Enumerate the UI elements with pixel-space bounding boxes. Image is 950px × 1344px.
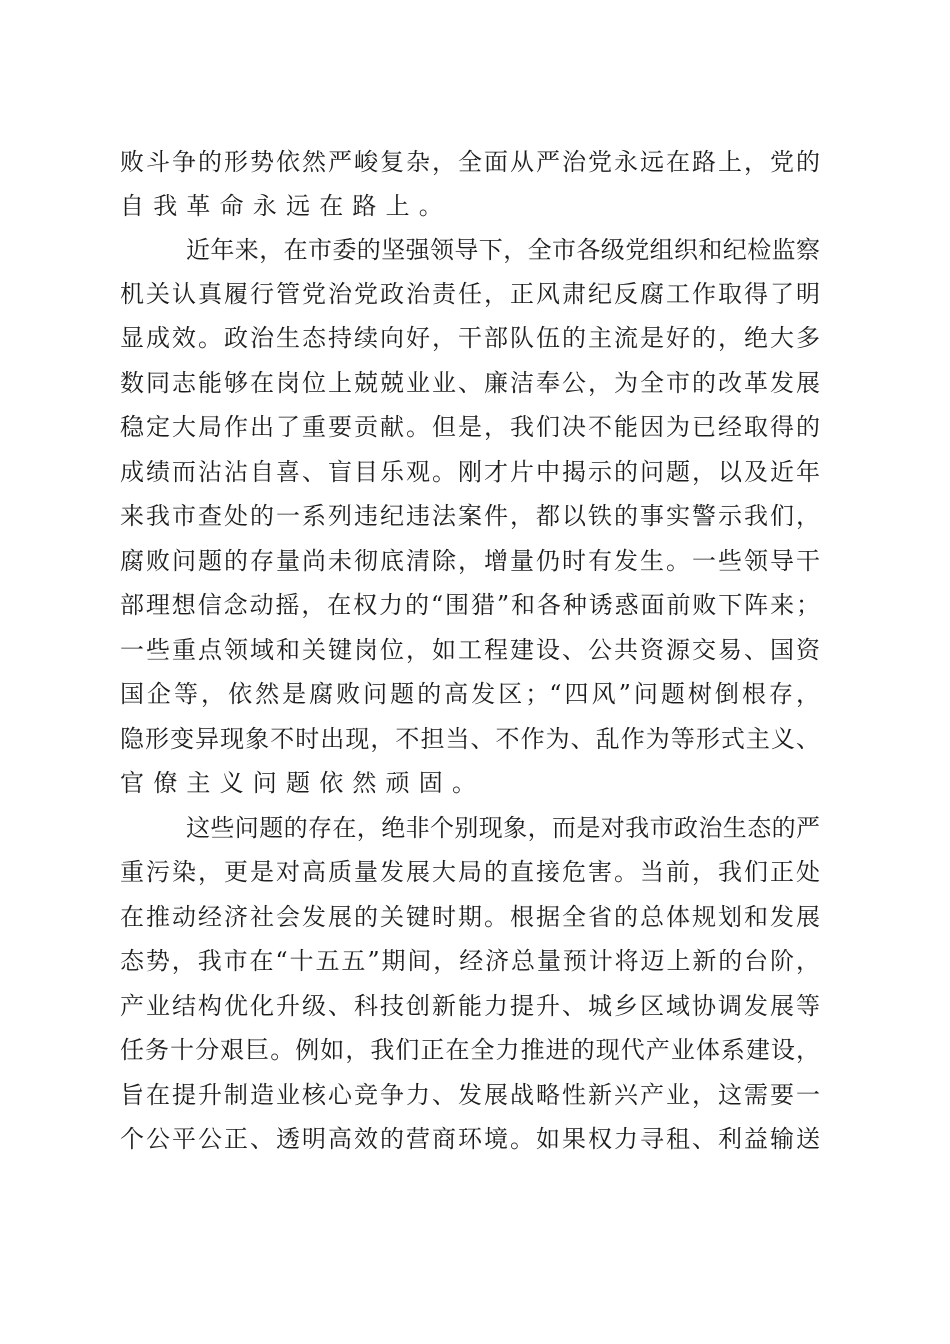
text-line: 数同志能够在岗位上兢兢业业、廉洁奉公，为全市的改革发展	[120, 361, 820, 405]
document-page: 败斗争的形势依然严峻复杂，全面从严治党永远在路上，党的 自我革命永远在路上。 近…	[0, 0, 950, 1344]
text-line: 官僚主义问题依然顽固。	[120, 761, 485, 805]
text-line: 机关认真履行管党治党政治责任，正风肃纪反腐工作取得了明	[120, 272, 820, 316]
text-line: 腐败问题的存量尚未彻底清除，增量仍时有发生。一些领导干	[120, 539, 820, 583]
text-line: 败斗争的形势依然严峻复杂，全面从严治党永远在路上，党的	[120, 140, 820, 184]
text-line: 旨在提升制造业核心竞争力、发展战略性新兴产业，这需要一	[120, 1073, 820, 1117]
text-line-indented: 这些问题的存在，绝非个别现象，而是对我市政治生态的严	[186, 806, 820, 850]
text-line: 隐形变异现象不时出现，不担当、不作为、乱作为等形式主义、	[120, 717, 820, 761]
text-line: 一些重点领域和关键岗位，如工程建设、公共资源交易、国资	[120, 628, 820, 672]
text-line: 任务十分艰巨。例如，我们正在全力推进的现代产业体系建设，	[120, 1028, 820, 1072]
text-line: 自我革命永远在路上。	[120, 184, 452, 228]
text-line: 态势，我市在“十五五”期间，经济总量预计将迈上新的台阶，	[120, 939, 820, 983]
text-line: 在推动经济社会发展的关键时期。根据全省的总体规划和发展	[120, 895, 820, 939]
text-line: 稳定大局作出了重要贡献。但是，我们决不能因为已经取得的	[120, 405, 820, 449]
text-line: 显成效。政治生态持续向好，干部队伍的主流是好的，绝大多	[120, 316, 820, 360]
text-line: 个公平公正、透明高效的营商环境。如果权力寻租、利益输送	[120, 1117, 820, 1161]
text-line: 重污染，更是对高质量发展大局的直接危害。当前，我们正处	[120, 850, 820, 894]
text-line: 来我市查处的一系列违纪违法案件，都以铁的事实警示我们，	[120, 494, 820, 538]
text-line-indented: 近年来，在市委的坚强领导下，全市各级党组织和纪检监察	[186, 228, 820, 272]
text-line: 国企等，依然是腐败问题的高发区；“四风”问题树倒根存，	[120, 672, 820, 716]
text-line: 产业结构优化升级、科技创新能力提升、城乡区域协调发展等	[120, 984, 820, 1028]
text-line: 部理想信念动摇，在权力的“围猎”和各种诱惑面前败下阵来；	[120, 583, 820, 627]
text-line: 成绩而沾沾自喜、盲目乐观。刚才片中揭示的问题，以及近年	[120, 450, 820, 494]
